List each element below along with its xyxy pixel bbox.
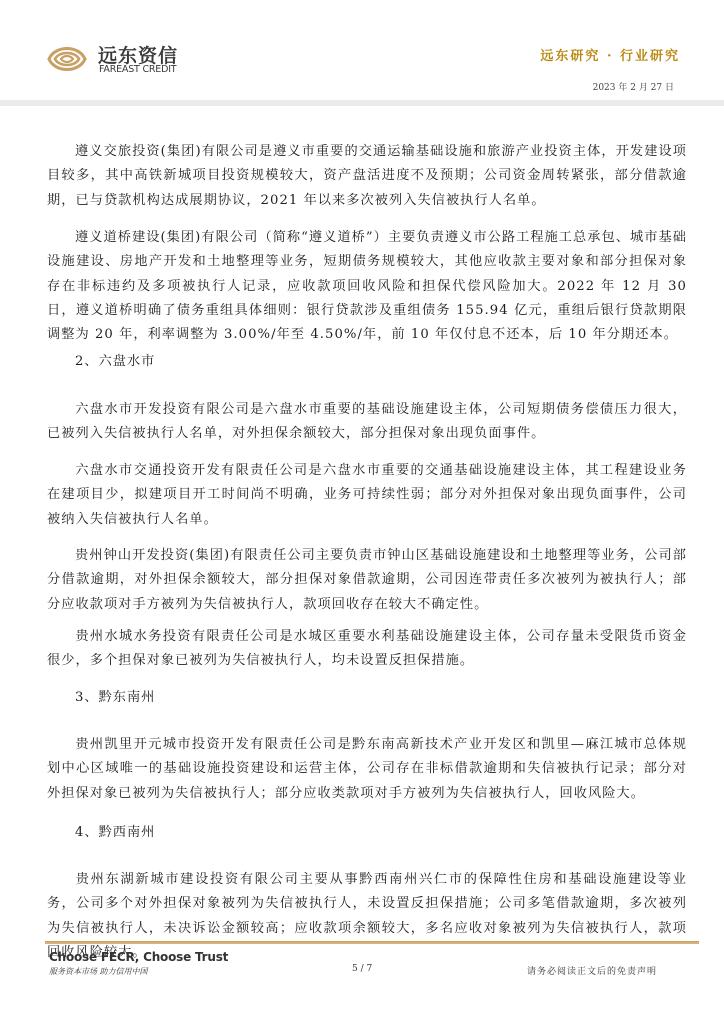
paragraph-zhongshan: 贵州钟山开发投资(集团)有限责任公司主要负责市钟山区基础设施建设和土地整理等业务…	[47, 544, 687, 617]
paragraph-liupanshui-jiaotong: 六盘水市交通投资开发有限责任公司是六盘水市重要的交通基础设施建设主体，其工程建设…	[47, 459, 687, 532]
paragraph-text: 贵州水城水务投资有限责任公司是水城区重要水利基础设施建设主体，公司存量未受限货币…	[47, 629, 687, 668]
paragraph-text: 贵州钟山开发投资(集团)有限责任公司主要负责市钟山区基础设施建设和土地整理等业务…	[47, 548, 687, 612]
disclaimer-note: 请务必阅读正文后的免责声明	[527, 964, 657, 977]
footer-slogan-cn: 服务资本市场 助力信用中国	[49, 966, 148, 977]
paragraph-text: 六盘水市开发投资有限公司是六盘水市重要的基础设施建设主体，公司短期债务偿债压力很…	[47, 402, 687, 441]
page-number: 5 / 7	[352, 964, 372, 974]
fareast-credit-logo-icon	[45, 42, 89, 76]
paragraph-text: 遵义道桥建设(集团)有限公司（简称“遵义道桥”）主要负责遵义市公路工程施工总承包…	[47, 230, 687, 342]
heading-liupanshui: 2、六盘水市	[75, 350, 155, 369]
paragraph-kaili-kaiyuan: 贵州凯里开元城市投资开发有限责任公司是黔东南高新技术产业开发区和凯里—麻江城市总…	[47, 733, 687, 806]
report-date: 2023 年 2 月 27 日	[593, 80, 674, 93]
paragraph-text: 贵州凯里开元城市投资开发有限责任公司是黔东南高新技术产业开发区和凯里—麻江城市总…	[47, 737, 687, 801]
paragraph-liupanshui-kaifa: 六盘水市开发投资有限公司是六盘水市重要的基础设施建设主体，公司短期债务偿债压力很…	[47, 398, 687, 447]
paragraph-text: 六盘水市交通投资开发有限责任公司是六盘水市重要的交通基础设施建设主体，其工程建设…	[47, 463, 687, 527]
heading-qianxinan: 4、黔西南州	[75, 821, 155, 840]
paragraph-shuicheng: 贵州水城水务投资有限责任公司是水城区重要水利基础设施建设主体，公司存量未受限货币…	[47, 625, 687, 674]
heading-qiandongnan: 3、黔东南州	[75, 686, 155, 705]
company-logo: 远东资信 FAREAST CREDIT	[45, 40, 195, 80]
paragraph-text: 贵州东湖新城市建设投资有限公司主要从事黔西南州兴仁市的保障性住房和基础设施建设等…	[47, 872, 687, 960]
paragraph-zunyi-daoqiao: 遵义道桥建设(集团)有限公司（简称“遵义道桥”）主要负责遵义市公路工程施工总承包…	[47, 226, 687, 347]
paragraph-zunyi-jiaolv: 遵义交旅投资(集团)有限公司是遵义市重要的交通运输基础设施和旅游产业投资主体，开…	[47, 140, 687, 213]
footer-divider	[45, 941, 699, 944]
header-divider-band	[0, 100, 724, 106]
paragraph-text: 遵义交旅投资(集团)有限公司是遵义市重要的交通运输基础设施和旅游产业投资主体，开…	[47, 144, 687, 208]
footer-slogan-en: Choose FECR, Choose Trust	[49, 950, 228, 964]
section-label: 远东研究 · 行业研究	[540, 45, 680, 64]
logo-name-en: FAREAST CREDIT	[99, 64, 176, 75]
